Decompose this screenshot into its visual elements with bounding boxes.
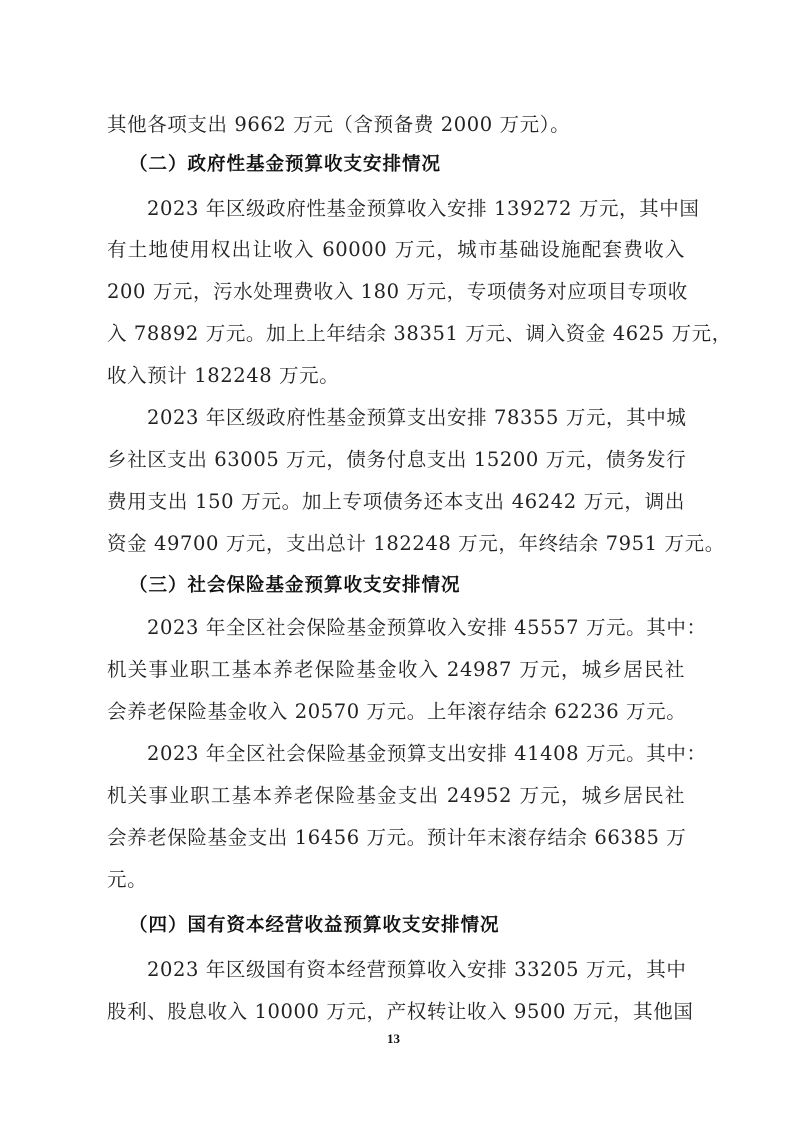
paragraph-line: 2023 年区级国有资本经营预算收入安排 33205 万元，其中 — [147, 958, 685, 982]
section-heading-state-capital: （四）国有资本经营收益预算收支安排情况 — [129, 914, 500, 938]
paragraph-line: 其他各项支出 9662 万元（含预备费 2000 万元）。 — [107, 113, 570, 137]
section-heading-social-insurance: （三）社会保险基金预算收支安排情况 — [129, 574, 461, 598]
paragraph-line: 2023 年区级政府性基金预算支出安排 78355 万元，其中城 — [147, 406, 685, 430]
paragraph-line: 入 78892 万元。加上上年结余 38351 万元、调入资金 4625 万元， — [107, 322, 685, 346]
paragraph-line: 元。 — [107, 868, 147, 892]
paragraph-line: 2023 年全区社会保险基金预算收入安排 45557 万元。其中： — [147, 616, 685, 640]
paragraph-line: 乡社区支出 63005 万元，债务付息支出 15200 万元，债务发行 — [107, 448, 685, 472]
paragraph-line: 费用支出 150 万元。加上专项债务还本支出 46242 万元，调出 — [107, 490, 685, 514]
paragraph-line: 会养老保险基金收入 20570 万元。上年滚存结余 62236 万元。 — [107, 700, 685, 724]
section-heading-government-fund: （二）政府性基金预算收支安排情况 — [129, 153, 441, 177]
paragraph-line: 股利、股息收入 10000 万元，产权转让收入 9500 万元，其他国 — [107, 1000, 685, 1024]
paragraph-line: 200 万元，污水处理费收入 180 万元，专项债务对应项目专项收 — [107, 280, 685, 304]
paragraph-line: 收入预计 182248 万元。 — [107, 364, 339, 388]
paragraph-line: 2023 年区级政府性基金预算收入安排 139272 万元，其中国 — [147, 197, 685, 221]
page-number: 13 — [387, 1031, 400, 1047]
paragraph-line: 有土地使用权出让收入 60000 万元，城市基础设施配套费收入 — [107, 238, 685, 262]
paragraph-line: 2023 年全区社会保险基金预算支出安排 41408 万元。其中： — [147, 742, 685, 766]
paragraph-line: 机关事业职工基本养老保险基金支出 24952 万元，城乡居民社 — [107, 784, 685, 808]
paragraph-line: 机关事业职工基本养老保险基金收入 24987 万元，城乡居民社 — [107, 658, 685, 682]
paragraph-line: 会养老保险基金支出 16456 万元。预计年末滚存结余 66385 万 — [107, 826, 685, 850]
paragraph-line: 资金 49700 万元，支出总计 182248 万元，年终结余 7951 万元。 — [107, 532, 685, 556]
